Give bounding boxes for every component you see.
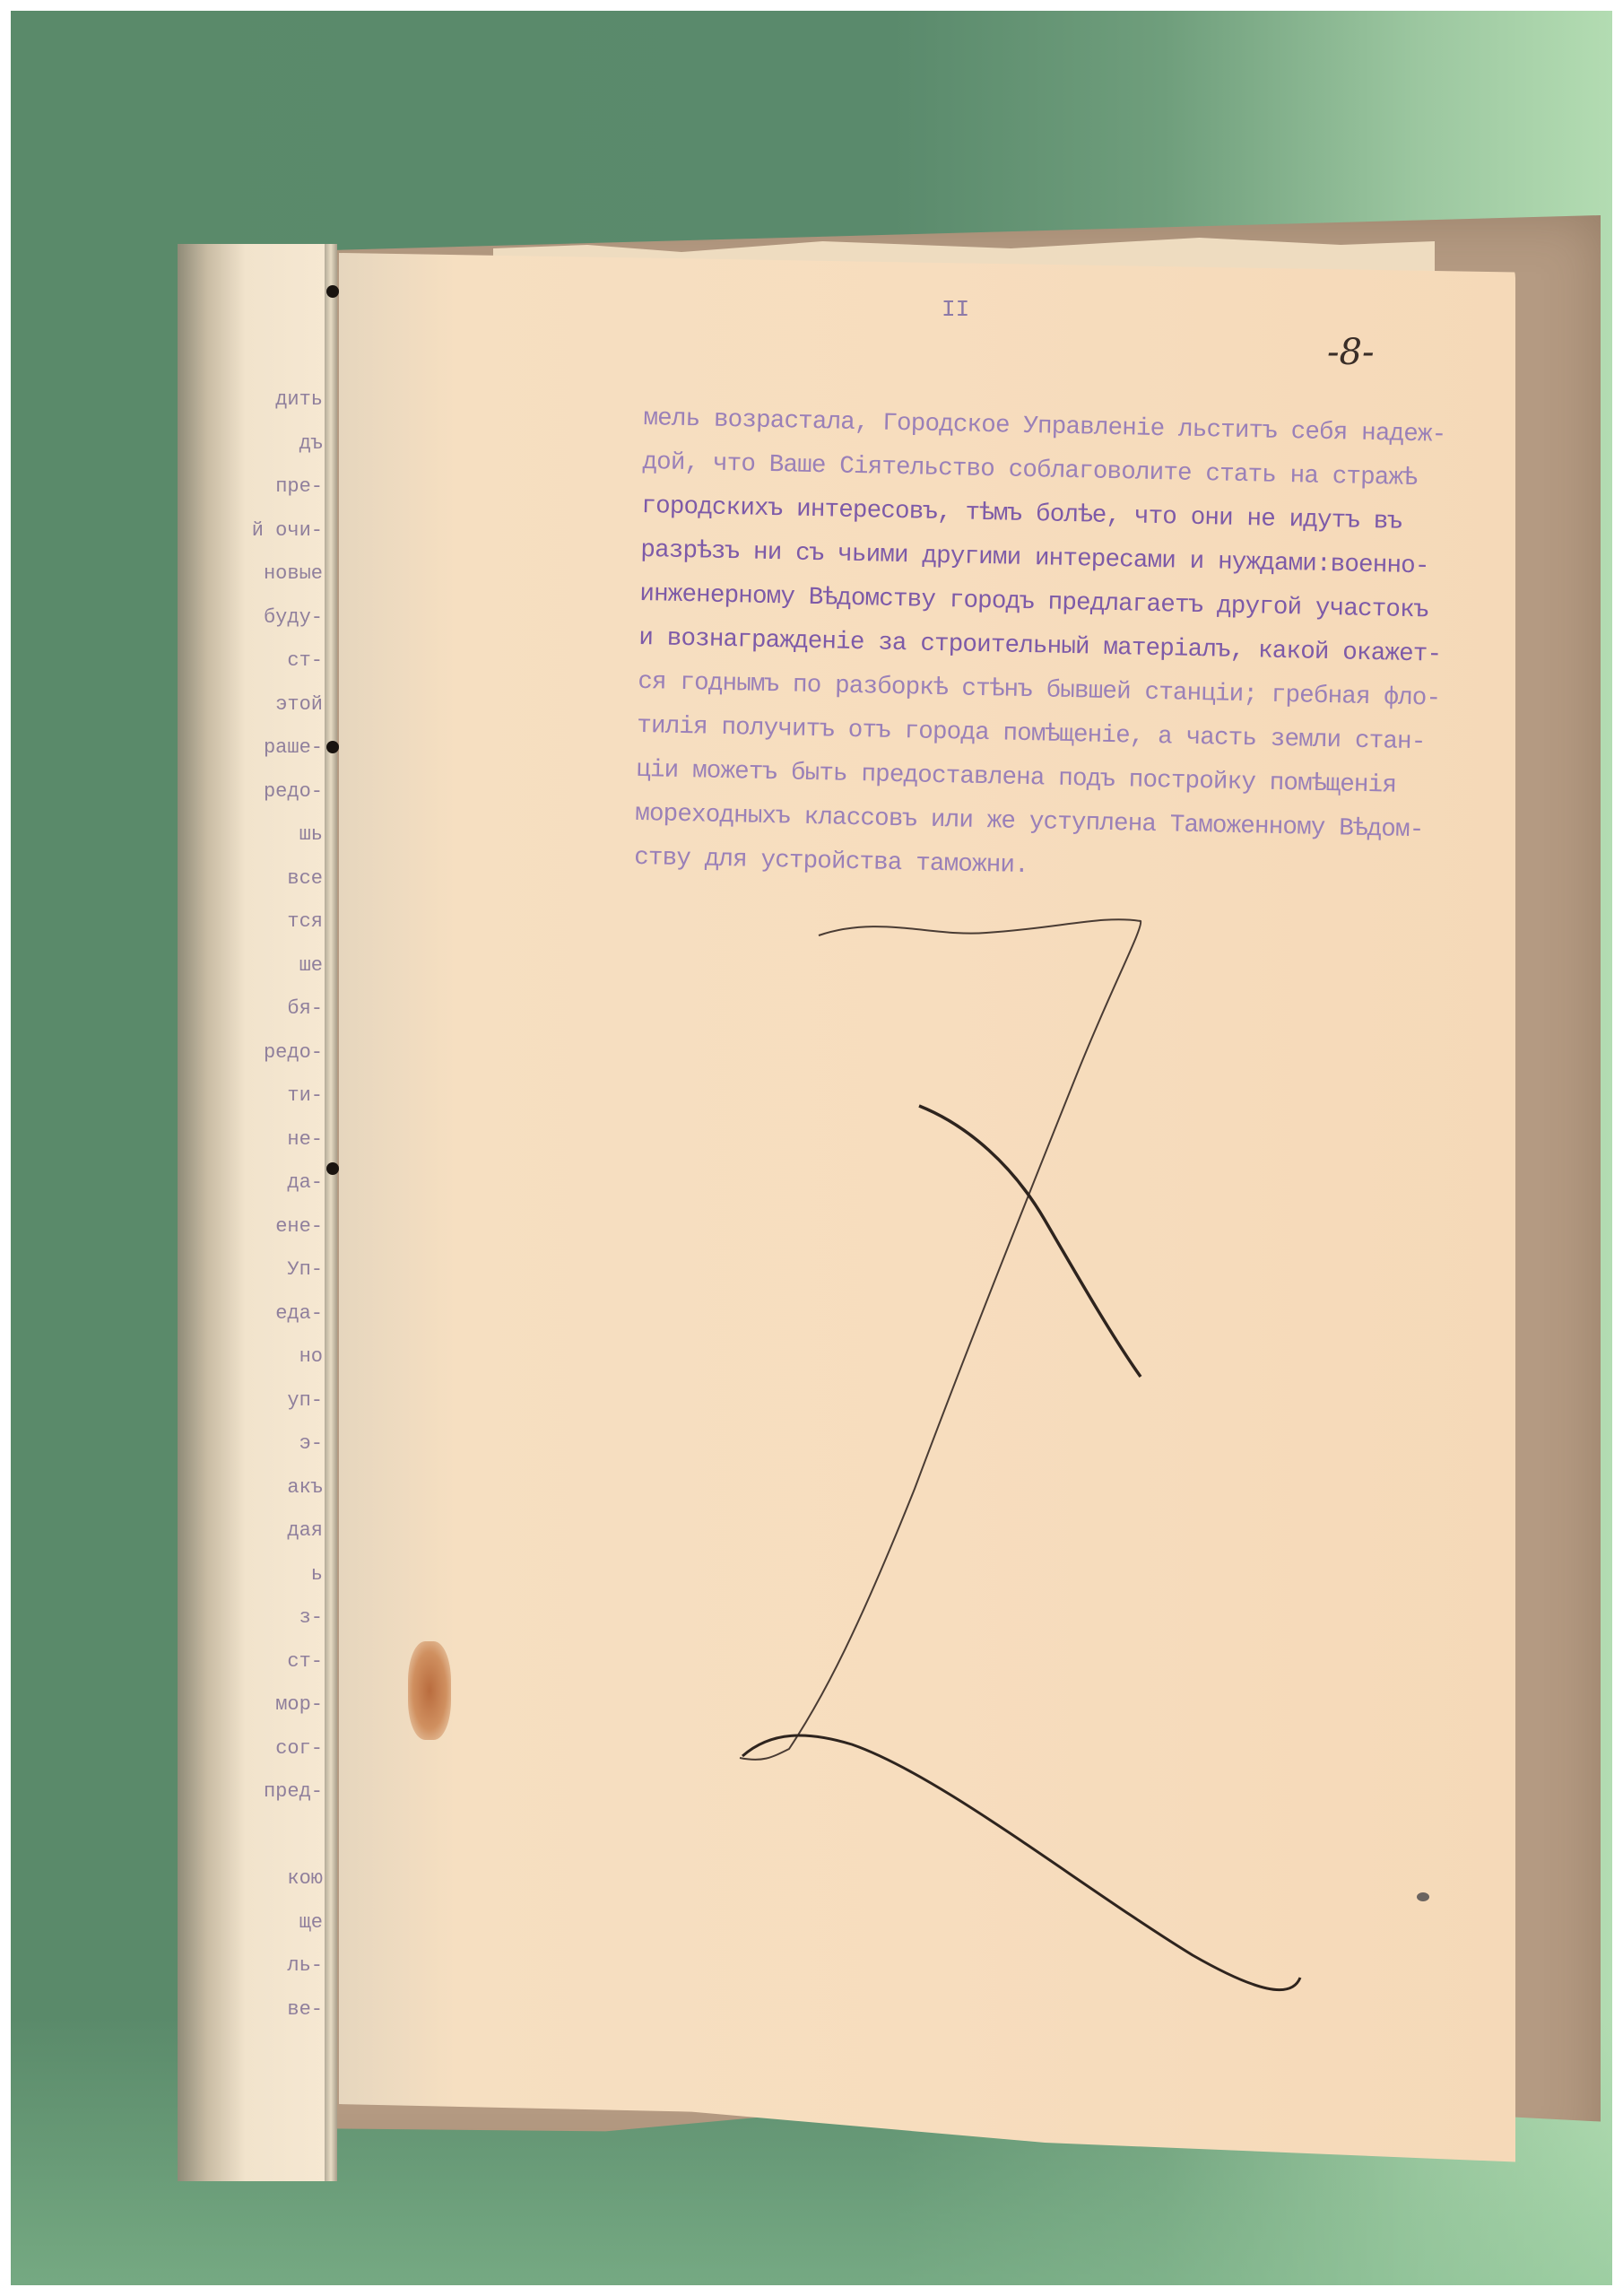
left-page-fragment: кою	[178, 1857, 328, 1901]
left-page-fragment: з-	[178, 1596, 328, 1640]
left-page-fragment: ще	[178, 1901, 328, 1945]
left-page-fragment: ше	[178, 944, 328, 988]
left-page-fragment: уп-	[178, 1379, 328, 1423]
left-page-fragment: пре-	[178, 465, 328, 509]
typewritten-body: мель возрастала, Городское Управленіе ль…	[634, 396, 1505, 898]
left-page-fragment: ль-	[178, 1944, 328, 1988]
binding-spine	[325, 244, 337, 2181]
left-page-text: дитьдъпре-й очи-новыебуду-ст-этойраше-ре…	[178, 378, 328, 2031]
rust-stain	[408, 1641, 451, 1740]
left-page-fragment: новые	[178, 552, 328, 596]
left-page-fragment: буду-	[178, 596, 328, 640]
left-page-fragment: э-	[178, 1422, 328, 1466]
left-page-fragment: сог-	[178, 1727, 328, 1771]
left-page-fragment: дить	[178, 378, 328, 422]
left-page-fragment: еда-	[178, 1292, 328, 1336]
binding-hole	[326, 741, 339, 753]
left-page-fragment: но	[178, 1335, 328, 1379]
left-page-fragment: все	[178, 857, 328, 901]
ink-smudge	[1417, 1892, 1429, 1901]
left-page-fragment: й очи-	[178, 509, 328, 553]
left-page-fragment: дъ	[178, 422, 328, 466]
left-page-fragment	[178, 1814, 328, 1858]
left-page-fragment: ст-	[178, 1640, 328, 1684]
left-page-fragment: раше-	[178, 726, 328, 770]
left-page-fragment: дая	[178, 1509, 328, 1553]
binding-hole	[326, 1162, 339, 1175]
left-page-fragment: да-	[178, 1161, 328, 1205]
left-page-fragment: ве-	[178, 1988, 328, 2032]
left-page-fragment: акъ	[178, 1466, 328, 1510]
left-page-fragment: ти-	[178, 1074, 328, 1118]
left-page-fragment: этой	[178, 683, 328, 727]
left-page-fragment: ь	[178, 1553, 328, 1597]
page-number: II	[942, 296, 969, 323]
left-page-fragment: тся	[178, 900, 328, 944]
left-page-fragment: бя-	[178, 987, 328, 1031]
left-page-strip: дитьдъпре-й очи-новыебуду-ст-этойраше-ре…	[178, 244, 328, 2181]
left-page-fragment: мор-	[178, 1683, 328, 1727]
left-page-fragment: пред-	[178, 1770, 328, 1814]
left-page-fragment: ене-	[178, 1205, 328, 1249]
folio-number: -8-	[1327, 332, 1374, 373]
left-page-fragment: Уп-	[178, 1248, 328, 1292]
binding-hole	[326, 285, 339, 298]
left-page-fragment: редо-	[178, 770, 328, 814]
left-page-fragment: не-	[178, 1118, 328, 1162]
left-page-fragment: шь	[178, 813, 328, 857]
left-page-fragment: ст-	[178, 639, 328, 683]
left-page-fragment: редо-	[178, 1031, 328, 1075]
